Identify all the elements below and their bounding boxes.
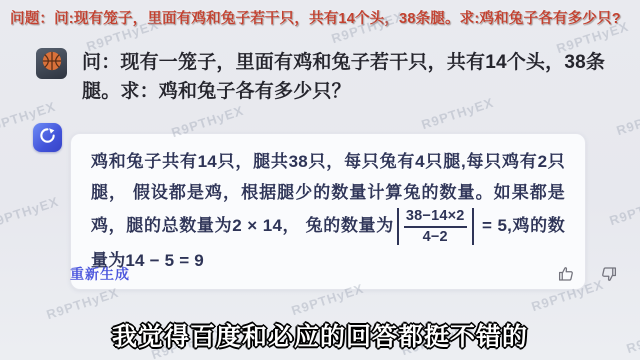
assistant-swirl-logo-icon — [38, 126, 57, 150]
feedback-buttons — [556, 265, 618, 284]
video-subtitle: 我觉得百度和必应的回答都挺不错的 — [0, 317, 640, 353]
answer-actions-row: 重新生成 — [70, 264, 618, 284]
watermark-text: R9PTHyEX — [608, 191, 640, 229]
user-message-row: 问：现有一笼子，里面有鸡和兔子若干只，共有14个头，38条腿。求：鸡和兔子各有多… — [36, 48, 624, 106]
video-frame: R9PTHyEXR9PTHyEXR9PTHyEXR9PTHyEXR9PTHyEX… — [0, 0, 640, 360]
watermark-text: R9PTHyEX — [0, 194, 61, 232]
assistant-answer-text: 鸡和兔子共有14只，腿共38只，每只兔有4只腿,每只鸡有2只腿， 假设都是鸡，根… — [91, 146, 565, 276]
thumbs-up-icon[interactable] — [556, 265, 575, 284]
fraction-denominator: 4−2 — [423, 228, 448, 246]
user-message-text: 问：现有一笼子，里面有鸡和兔子若干只，共有14个头，38条腿。求：鸡和兔子各有多… — [82, 48, 624, 106]
assistant-avatar — [33, 123, 62, 152]
basketball-icon — [41, 50, 63, 77]
regenerate-button[interactable]: 重新生成 — [70, 264, 130, 284]
fraction-numerator: 38−14×2 — [404, 208, 467, 228]
user-avatar — [36, 48, 67, 79]
watermark-text: R9PTHyEX — [615, 101, 640, 139]
fraction-expression: 38−14×24−2 — [397, 208, 474, 245]
thumbs-down-icon[interactable] — [599, 265, 618, 284]
video-title-text: 问题：问:现有笼子，里面有鸡和兔子若干只，共有14个头，38条腿。求:鸡和兔子各… — [10, 7, 638, 28]
